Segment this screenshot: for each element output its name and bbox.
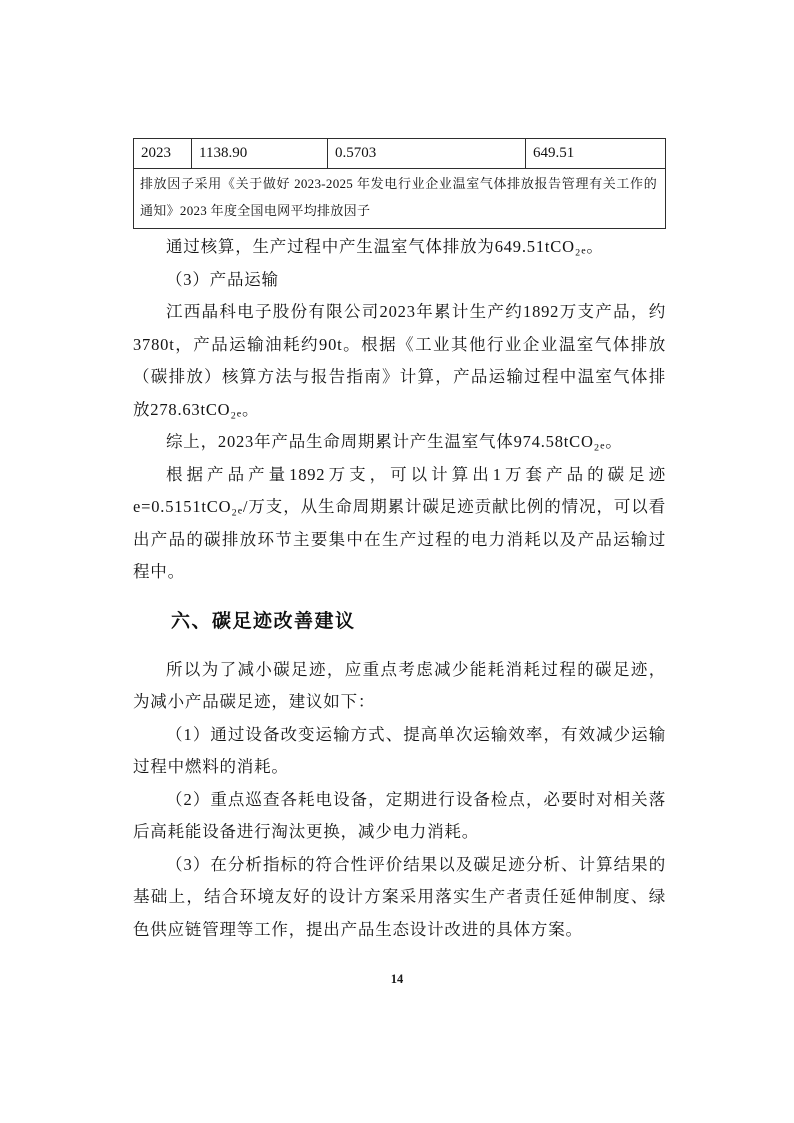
table-note: 排放因子采用《关于做好 2023-2025 年发电行业企业温室气体排放报告管理有… <box>134 169 666 229</box>
table-cell-electricity: 1138.90 <box>192 139 328 169</box>
paragraph-suggestion-3: （3）在分析指标的符合性评价结果以及碳足迹分析、计算结果的基础上，结合环境友好的… <box>133 849 666 947</box>
paragraph-transport-emission: 江西晶科电子股份有限公司2023年累计生产约1892万支产品，约3780t，产品… <box>133 296 666 426</box>
table-cell-year: 2023 <box>134 139 192 169</box>
page-number: 14 <box>0 972 794 987</box>
table-data-row: 2023 1138.90 0.5703 649.51 <box>134 139 666 169</box>
emission-factor-table: 2023 1138.90 0.5703 649.51 排放因子采用《关于做好 2… <box>133 138 666 229</box>
paragraph-suggestion-1: （1）通过设备改变运输方式、提高单次运输效率，有效减少运输过程中燃料的消耗。 <box>133 719 666 784</box>
section-heading-improvement: 六、碳足迹改善建议 <box>133 606 666 633</box>
subheading-product-transport: （3）产品运输 <box>133 264 666 297</box>
document-page: 2023 1138.90 0.5703 649.51 排放因子采用《关于做好 2… <box>0 0 794 1123</box>
table-cell-emission: 649.51 <box>526 139 666 169</box>
table-note-row: 排放因子采用《关于做好 2023-2025 年发电行业企业温室气体排放报告管理有… <box>134 169 666 229</box>
paragraph-suggestion-2: （2）重点巡查各耗电设备，定期进行设备检点，必要时对相关落后高耗能设备进行淘汰更… <box>133 784 666 849</box>
table-cell-factor: 0.5703 <box>328 139 526 169</box>
paragraph-carbon-footprint: 根据产品产量1892万支，可以计算出1万套产品的碳足迹e=0.5151tCO₂ₑ… <box>133 459 666 589</box>
paragraph-production-emission: 通过核算，生产过程中产生温室气体排放为649.51tCO₂ₑ。 <box>133 231 666 264</box>
paragraph-lifecycle-total: 综上，2023年产品生命周期累计产生温室气体974.58tCO₂ₑ。 <box>133 426 666 459</box>
paragraph-improvement-intro: 所以为了减小碳足迹，应重点考虑减少能耗消耗过程的碳足迹，为减小产品碳足迹，建议如… <box>133 654 666 719</box>
page-content: 2023 1138.90 0.5703 649.51 排放因子采用《关于做好 2… <box>133 138 666 946</box>
